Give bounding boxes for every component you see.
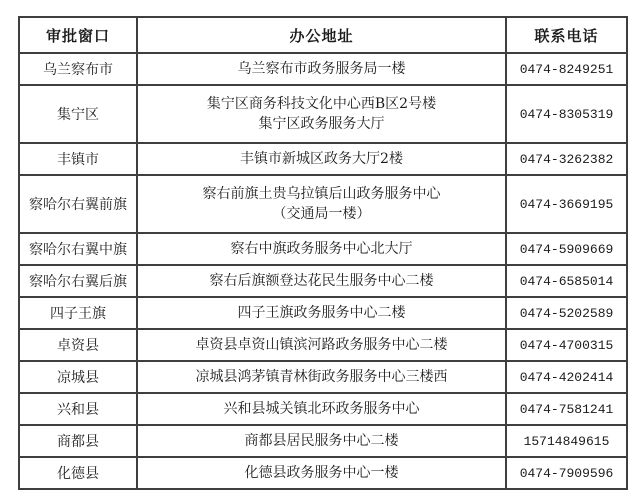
phone-cell: 0474-5202589: [506, 297, 627, 329]
table-row: 丰镇市 丰镇市新城区政务大厅2楼 0474-3262382: [19, 143, 627, 175]
table-header-row: 审批窗口 办公地址 联系电话: [19, 17, 627, 53]
address-line: 化德县政务服务中心一楼: [140, 463, 503, 483]
phone-cell: 0474-6585014: [506, 265, 627, 297]
address-cell: 察右前旗土贵乌拉镇后山政务服务中心（交通局一楼）: [137, 175, 506, 233]
phone-cell: 0474-4202414: [506, 361, 627, 393]
phone-cell: 0474-8249251: [506, 53, 627, 85]
address-cell: 集宁区商务科技文化中心西B区2号楼集宁区政务服务大厅: [137, 85, 506, 143]
address-line: （交通局一楼）: [140, 204, 503, 224]
address-cell: 卓资县卓资山镇滨河路政务服务中心二楼: [137, 329, 506, 361]
header-contact-phone: 联系电话: [506, 17, 627, 53]
window-cell: 察哈尔右翼后旗: [19, 265, 137, 297]
table-row: 凉城县 凉城县鸿茅镇青林街政务服务中心三楼西 0474-4202414: [19, 361, 627, 393]
window-cell: 凉城县: [19, 361, 137, 393]
approval-window-table: 审批窗口 办公地址 联系电话 乌兰察布市 乌兰察布市政务服务局一楼 0474-8…: [18, 16, 628, 490]
window-cell: 化德县: [19, 457, 137, 489]
window-cell: 卓资县: [19, 329, 137, 361]
table-row: 兴和县 兴和县城关镇北环政务服务中心 0474-7581241: [19, 393, 627, 425]
address-cell: 察右中旗政务服务中心北大厅: [137, 233, 506, 265]
table-row: 卓资县 卓资县卓资山镇滨河路政务服务中心二楼 0474-4700315: [19, 329, 627, 361]
phone-cell: 0474-5909669: [506, 233, 627, 265]
phone-cell: 0474-7581241: [506, 393, 627, 425]
window-cell: 丰镇市: [19, 143, 137, 175]
window-cell: 四子王旗: [19, 297, 137, 329]
address-line: 集宁区商务科技文化中心西B区2号楼: [140, 94, 503, 114]
phone-cell: 0474-4700315: [506, 329, 627, 361]
window-cell: 察哈尔右翼前旗: [19, 175, 137, 233]
table-row: 察哈尔右翼前旗 察右前旗土贵乌拉镇后山政务服务中心（交通局一楼） 0474-36…: [19, 175, 627, 233]
table-row: 商都县 商都县居民服务中心二楼 15714849615: [19, 425, 627, 457]
address-line: 察右前旗土贵乌拉镇后山政务服务中心: [140, 184, 503, 204]
table-row: 四子王旗 四子王旗政务服务中心二楼 0474-5202589: [19, 297, 627, 329]
address-line: 卓资县卓资山镇滨河路政务服务中心二楼: [140, 335, 503, 355]
approval-table-container: 审批窗口 办公地址 联系电话 乌兰察布市 乌兰察布市政务服务局一楼 0474-8…: [18, 16, 628, 490]
address-line: 兴和县城关镇北环政务服务中心: [140, 399, 503, 419]
address-line: 察右后旗额登达花民生服务中心二楼: [140, 271, 503, 291]
address-cell: 乌兰察布市政务服务局一楼: [137, 53, 506, 85]
address-cell: 察右后旗额登达花民生服务中心二楼: [137, 265, 506, 297]
address-cell: 化德县政务服务中心一楼: [137, 457, 506, 489]
header-office-address: 办公地址: [137, 17, 506, 53]
header-approval-window: 审批窗口: [19, 17, 137, 53]
address-line: 察右中旗政务服务中心北大厅: [140, 239, 503, 259]
address-line: 集宁区政务服务大厅: [140, 114, 503, 134]
phone-cell: 15714849615: [506, 425, 627, 457]
table-row: 察哈尔右翼后旗 察右后旗额登达花民生服务中心二楼 0474-6585014: [19, 265, 627, 297]
table-row: 集宁区 集宁区商务科技文化中心西B区2号楼集宁区政务服务大厅 0474-8305…: [19, 85, 627, 143]
phone-cell: 0474-3262382: [506, 143, 627, 175]
table-row: 化德县 化德县政务服务中心一楼 0474-7909596: [19, 457, 627, 489]
phone-cell: 0474-7909596: [506, 457, 627, 489]
address-line: 凉城县鸿茅镇青林街政务服务中心三楼西: [140, 367, 503, 387]
address-cell: 凉城县鸿茅镇青林街政务服务中心三楼西: [137, 361, 506, 393]
table-body: 乌兰察布市 乌兰察布市政务服务局一楼 0474-8249251 集宁区 集宁区商…: [19, 53, 627, 489]
window-cell: 集宁区: [19, 85, 137, 143]
address-line: 四子王旗政务服务中心二楼: [140, 303, 503, 323]
address-line: 商都县居民服务中心二楼: [140, 431, 503, 451]
table-row: 乌兰察布市 乌兰察布市政务服务局一楼 0474-8249251: [19, 53, 627, 85]
address-line: 乌兰察布市政务服务局一楼: [140, 59, 503, 79]
window-cell: 乌兰察布市: [19, 53, 137, 85]
address-cell: 丰镇市新城区政务大厅2楼: [137, 143, 506, 175]
table-row: 察哈尔右翼中旗 察右中旗政务服务中心北大厅 0474-5909669: [19, 233, 627, 265]
window-cell: 察哈尔右翼中旗: [19, 233, 137, 265]
address-cell: 四子王旗政务服务中心二楼: [137, 297, 506, 329]
address-cell: 商都县居民服务中心二楼: [137, 425, 506, 457]
window-cell: 商都县: [19, 425, 137, 457]
address-line: 丰镇市新城区政务大厅2楼: [140, 149, 503, 169]
window-cell: 兴和县: [19, 393, 137, 425]
address-cell: 兴和县城关镇北环政务服务中心: [137, 393, 506, 425]
phone-cell: 0474-3669195: [506, 175, 627, 233]
phone-cell: 0474-8305319: [506, 85, 627, 143]
